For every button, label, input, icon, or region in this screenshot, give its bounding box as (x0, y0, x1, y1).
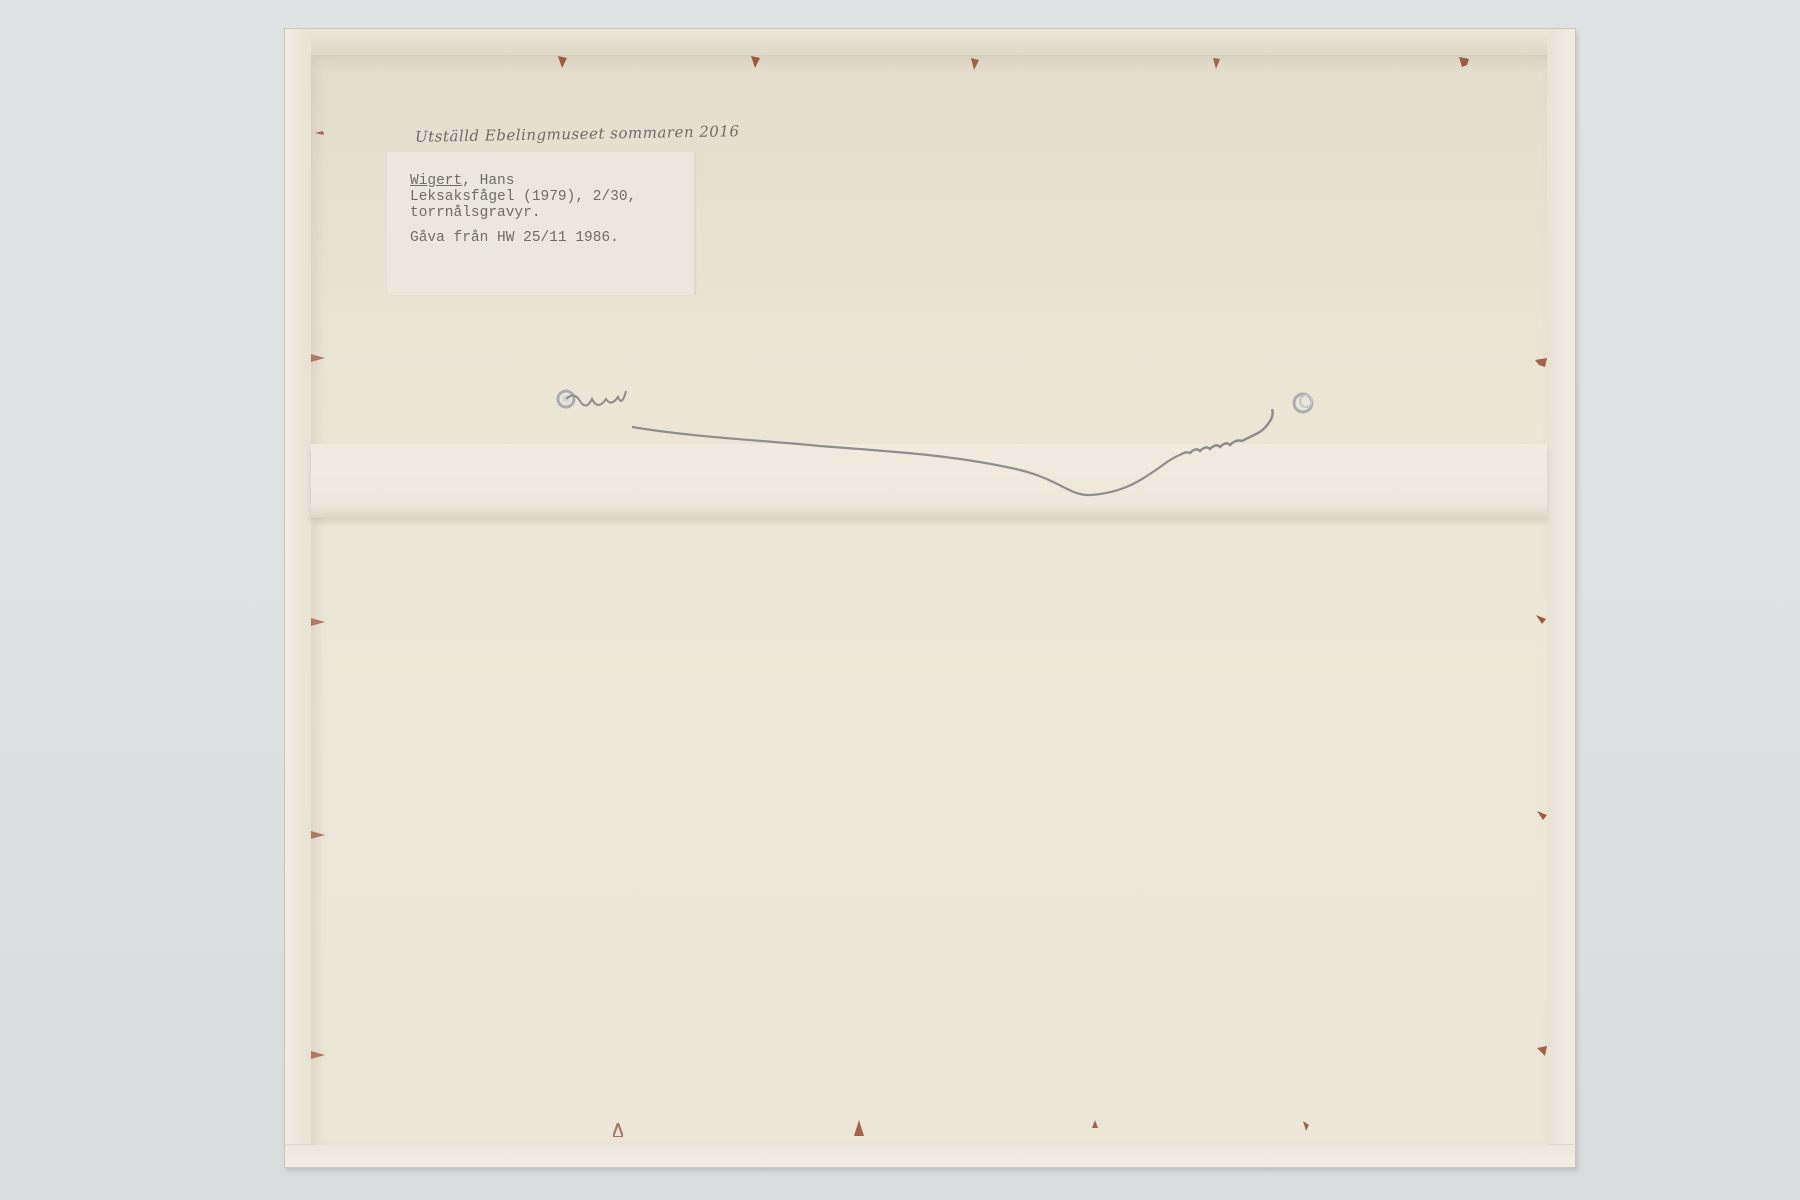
hanger-bar (311, 444, 1547, 518)
label-technique: torrnålsgravyr. (410, 206, 541, 221)
typed-label: Wigert, Hans Leksaksfågel (1979), 2/30, … (387, 152, 696, 295)
staple-mark (1459, 57, 1468, 67)
staple-mark (1212, 58, 1221, 68)
staple-mark (558, 56, 567, 66)
frame-edge-left (285, 29, 311, 1167)
picture-frame: Utställd Ebelingmuseet sommaren 2016 Wig… (284, 28, 1576, 1168)
staple-mark (751, 56, 760, 66)
staple-mark (613, 1123, 622, 1133)
staple-mark (1535, 358, 1544, 368)
backing-board: Utställd Ebelingmuseet sommaren 2016 Wig… (311, 55, 1547, 1145)
staple-mark (1537, 811, 1546, 821)
staple-mark (311, 618, 320, 628)
label-provenance: Gåva från HW 25/11 1986. (410, 231, 619, 246)
staple-mark (311, 1051, 320, 1061)
staple-mark (854, 1120, 863, 1130)
frame-edge-bottom (285, 1144, 1575, 1167)
label-artist-surname: Wigert (410, 173, 462, 189)
staple-mark (311, 354, 320, 364)
label-artist-rest: , Hans (462, 173, 514, 189)
frame-edge-right (1547, 29, 1575, 1167)
staple-mark (971, 58, 980, 68)
staple-mark (1537, 1046, 1546, 1056)
staple-mark (1092, 1120, 1101, 1130)
frame-edge-top (285, 29, 1575, 55)
staple-mark (1303, 1121, 1312, 1131)
handwritten-annotation: Utställd Ebelingmuseet sommaren 2016 (415, 122, 740, 146)
staple-mark (311, 831, 320, 841)
label-title: Leksaksfågel (1979), 2/30, (410, 190, 636, 205)
staple-mark (315, 131, 324, 141)
staple-mark (1536, 615, 1545, 625)
label-artist: Wigert, Hans (410, 174, 514, 189)
